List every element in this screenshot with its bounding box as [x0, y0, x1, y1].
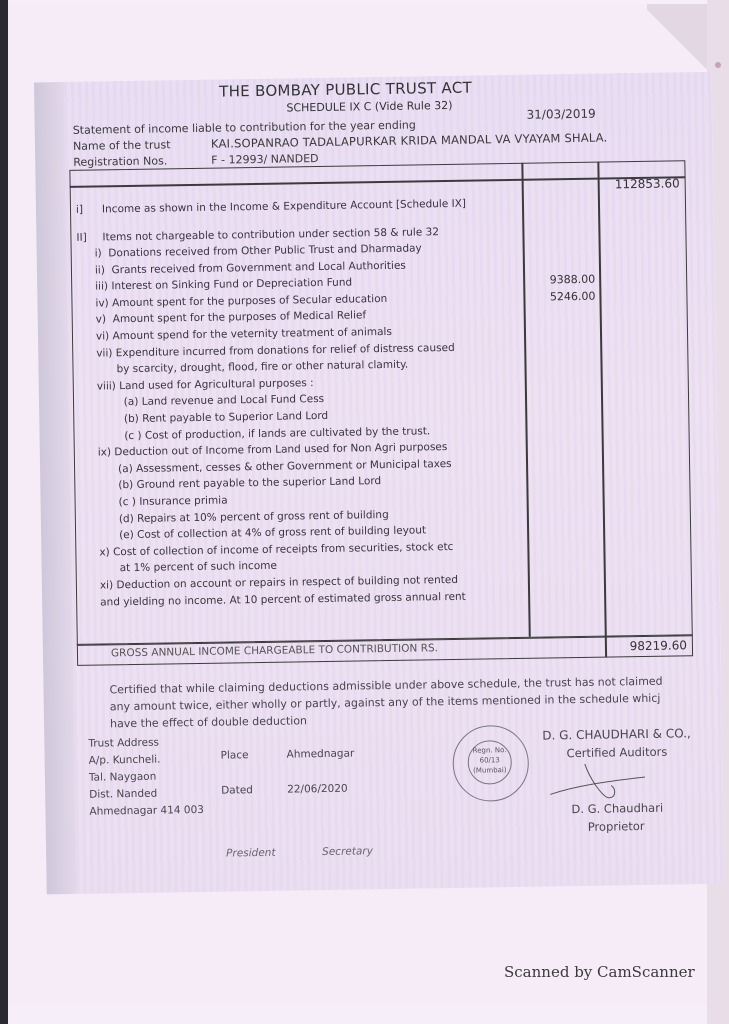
stamp-center: Regn. No. 60/13 (Mumbai)	[467, 740, 512, 785]
dated-label: Dated	[221, 784, 253, 796]
schedule-document: THE BOMBAY PUBLIC TRUST ACT SCHEDULE IX …	[64, 72, 725, 894]
auditor-stamp: Regn. No. 60/13 (Mumbai)	[452, 725, 529, 802]
certification-text: Certified that while claiming deductions…	[109, 673, 670, 733]
deduction-item: (c ) Insurance primia	[99, 494, 228, 508]
deduction-amount: 9388.00	[523, 273, 595, 287]
section-i-total: 112853.60	[600, 176, 680, 191]
trust-name-label: Name of the trust	[73, 138, 171, 153]
auditor-signatory: D. G. Chaudhari	[571, 801, 663, 816]
page-fold	[647, 4, 707, 74]
signature-icon	[545, 763, 656, 805]
section-i-num: i]	[76, 204, 83, 216]
auditor-title: Certified Auditors	[566, 745, 667, 761]
auditor-firm: D. G. CHAUDHARI & CO.,	[542, 726, 691, 742]
address-line: Tal. Naygaon	[89, 771, 157, 784]
president-label: President	[226, 847, 276, 860]
camscanner-watermark: Scanned by CamScanner	[504, 963, 695, 981]
auditor-role: Proprietor	[588, 819, 645, 834]
stamp-line: (Mumbai)	[469, 765, 511, 776]
stamp-line: 60/13	[469, 755, 511, 766]
dated-value: 22/06/2020	[287, 783, 348, 796]
registration-no: F - 12993/ NANDED	[211, 152, 319, 167]
stamp-line: Regn. No.	[468, 745, 510, 756]
registration-label: Registration Nos.	[73, 154, 167, 168]
place-label: Place	[221, 749, 249, 761]
secretary-label: Secretary	[322, 845, 373, 858]
pin-dot	[715, 62, 721, 68]
address-label: Trust Address	[88, 737, 159, 750]
section-ii-num: II]	[76, 232, 86, 244]
address-line: Dist. Nanded	[89, 788, 157, 801]
act-title: THE BOMBAY PUBLIC TRUST ACT	[219, 79, 472, 101]
deduction-amount: 5246.00	[523, 289, 595, 303]
gross-total: 98219.60	[607, 638, 687, 653]
place-value: Ahmednagar	[286, 748, 354, 761]
address-line: Ahmednagar 414 003	[89, 804, 204, 818]
scan-frame-left	[0, 0, 8, 1024]
schedule-title: SCHEDULE IX C (Vide Rule 32)	[286, 99, 452, 115]
year-ending: 31/03/2019	[526, 107, 595, 122]
address-line: A/p. Kuncheli.	[89, 754, 161, 767]
